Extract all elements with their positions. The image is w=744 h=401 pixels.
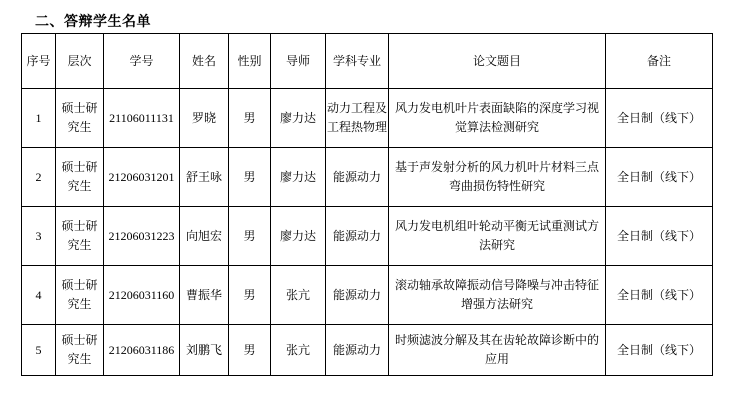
cell-no: 3 <box>22 207 56 266</box>
cell-name: 刘鹏飞 <box>180 325 229 376</box>
cell-student-id: 21106011131 <box>104 89 180 148</box>
cell-level: 硕士研究生 <box>56 89 104 148</box>
cell-student-id: 21206031160 <box>104 266 180 325</box>
cell-thesis-title: 时频滤波分解及其在齿轮故障诊断中的应用 <box>389 325 606 376</box>
cell-gender: 男 <box>229 266 271 325</box>
cell-major: 动力工程及工程热物理 <box>326 89 389 148</box>
cell-remark: 全日制（线下） <box>606 207 713 266</box>
cell-remark: 全日制（线下） <box>606 148 713 207</box>
cell-major: 能源动力 <box>326 266 389 325</box>
cell-advisor: 张亢 <box>271 325 326 376</box>
cell-name: 罗晓 <box>180 89 229 148</box>
document-page: 二、答辩学生名单 序号层次学号姓名性别导师学科专业论文题目备注 1硕士研究生21… <box>0 0 744 401</box>
cell-advisor: 张亢 <box>271 266 326 325</box>
cell-advisor: 廖力达 <box>271 148 326 207</box>
table-header-row: 序号层次学号姓名性别导师学科专业论文题目备注 <box>22 34 713 89</box>
cell-remark: 全日制（线下） <box>606 325 713 376</box>
table-row: 2硕士研究生21206031201舒王咏男廖力达能源动力基于声发射分析的风力机叶… <box>22 148 713 207</box>
column-header-thesis-title: 论文题目 <box>389 34 606 89</box>
cell-gender: 男 <box>229 89 271 148</box>
cell-level: 硕士研究生 <box>56 325 104 376</box>
cell-thesis-title: 滚动轴承故障振动信号降噪与冲击特征增强方法研究 <box>389 266 606 325</box>
cell-thesis-title: 基于声发射分析的风力机叶片材料三点弯曲损伤特性研究 <box>389 148 606 207</box>
column-header-major: 学科专业 <box>326 34 389 89</box>
cell-name: 舒王咏 <box>180 148 229 207</box>
cell-thesis-title: 风力发电机组叶轮动平衡无试重测试方法研究 <box>389 207 606 266</box>
cell-no: 5 <box>22 325 56 376</box>
column-header-student-id: 学号 <box>104 34 180 89</box>
cell-gender: 男 <box>229 207 271 266</box>
table-row: 3硕士研究生21206031223向旭宏男廖力达能源动力风力发电机组叶轮动平衡无… <box>22 207 713 266</box>
cell-major: 能源动力 <box>326 148 389 207</box>
cell-level: 硕士研究生 <box>56 148 104 207</box>
section-title: 二、答辩学生名单 <box>35 11 151 31</box>
cell-no: 4 <box>22 266 56 325</box>
table-row: 5硕士研究生21206031186刘鹏飞男张亢能源动力时频滤波分解及其在齿轮故障… <box>22 325 713 376</box>
cell-advisor: 廖力达 <box>271 89 326 148</box>
cell-no: 1 <box>22 89 56 148</box>
column-header-no: 序号 <box>22 34 56 89</box>
cell-no: 2 <box>22 148 56 207</box>
column-header-gender: 性别 <box>229 34 271 89</box>
cell-name: 曹振华 <box>180 266 229 325</box>
cell-level: 硕士研究生 <box>56 207 104 266</box>
cell-gender: 男 <box>229 148 271 207</box>
column-header-name: 姓名 <box>180 34 229 89</box>
cell-student-id: 21206031223 <box>104 207 180 266</box>
cell-major: 能源动力 <box>326 207 389 266</box>
column-header-level: 层次 <box>56 34 104 89</box>
cell-student-id: 21206031201 <box>104 148 180 207</box>
cell-name: 向旭宏 <box>180 207 229 266</box>
table-row: 4硕士研究生21206031160曹振华男张亢能源动力滚动轴承故障振动信号降噪与… <box>22 266 713 325</box>
cell-level: 硕士研究生 <box>56 266 104 325</box>
cell-thesis-title: 风力发电机叶片表面缺陷的深度学习视觉算法检测研究 <box>389 89 606 148</box>
cell-student-id: 21206031186 <box>104 325 180 376</box>
cell-remark: 全日制（线下） <box>606 266 713 325</box>
cell-gender: 男 <box>229 325 271 376</box>
cell-major: 能源动力 <box>326 325 389 376</box>
cell-remark: 全日制（线下） <box>606 89 713 148</box>
cell-advisor: 廖力达 <box>271 207 326 266</box>
student-roster-table: 序号层次学号姓名性别导师学科专业论文题目备注 1硕士研究生21106011131… <box>21 33 713 376</box>
column-header-remark: 备注 <box>606 34 713 89</box>
table-row: 1硕士研究生21106011131罗晓男廖力达动力工程及工程热物理风力发电机叶片… <box>22 89 713 148</box>
column-header-advisor: 导师 <box>271 34 326 89</box>
